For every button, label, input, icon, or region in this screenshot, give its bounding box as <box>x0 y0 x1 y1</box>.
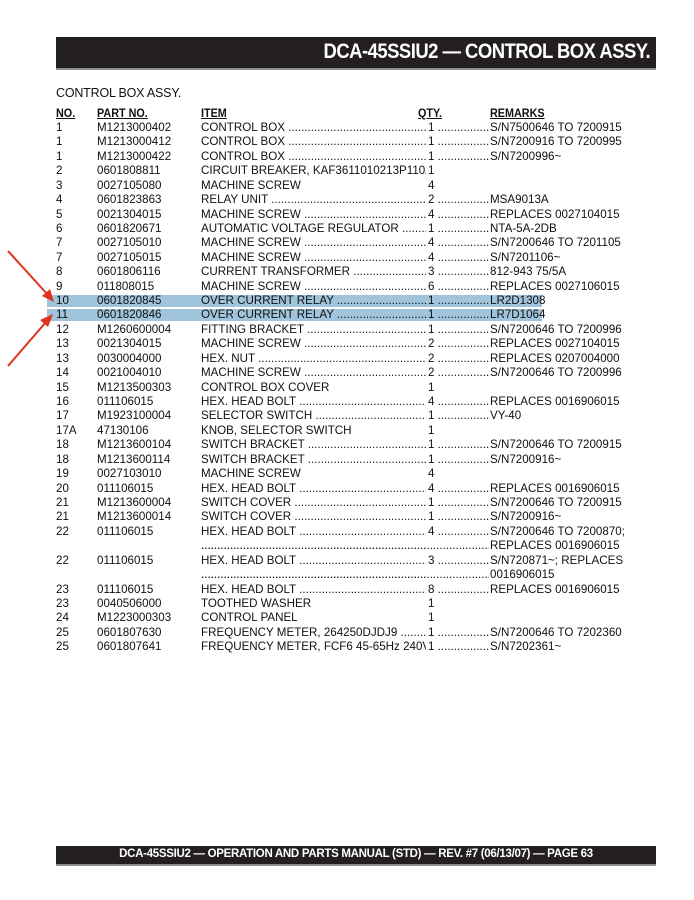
table-row: 20011106015HEX. HEAD BOLT4REPLACES 00169… <box>0 482 694 496</box>
cell-part-no: 0030004000 <box>97 352 161 366</box>
page-footer-text: DCA-45SSIU2 — OPERATION AND PARTS MANUAL… <box>56 848 656 860</box>
cell-no: 2 <box>56 164 62 178</box>
cell-item: MACHINE SCREW <box>201 236 426 250</box>
cell-qty: 1 <box>428 323 490 337</box>
table-row: 70027105010MACHINE SCREW4S/N7200646 TO 7… <box>0 236 694 250</box>
table-row: 21M1213600014SWITCH COVER1S/N7200916~ <box>0 510 694 524</box>
cell-part-no: 47130106 <box>97 424 149 438</box>
cell-qty: 4 <box>428 236 490 250</box>
cell-remarks: S/N7202361~ <box>490 640 660 654</box>
cell-qty: 4 <box>428 251 490 265</box>
cell-qty: 1 <box>428 121 490 135</box>
cell-part-no: 0601806116 <box>97 265 161 279</box>
cell-qty: 2 <box>428 352 490 366</box>
cell-item: MACHINE SCREW <box>201 208 426 222</box>
cell-item: CIRCUIT BREAKER, KAF3611010213P110A <box>201 164 426 178</box>
cell-no: 18 <box>56 438 69 452</box>
cell-no: 21 <box>56 496 69 510</box>
page-header-bar: DCA-45SSIU2 — CONTROL BOX ASSY. <box>56 37 656 68</box>
annotation-arrow-down-icon <box>0 245 60 305</box>
cell-qty <box>201 568 489 582</box>
cell-qty: 1 <box>428 424 434 438</box>
cell-part-no: 0021304015 <box>97 208 161 222</box>
cell-part-no: 0601807630 <box>97 626 161 640</box>
cell-remarks: NTA-5A-2DB <box>490 222 660 236</box>
cell-remarks: LR2D1308 <box>490 294 660 308</box>
cell-qty: 4 <box>428 482 490 496</box>
cell-remarks: S/N7200916 TO 7200995 <box>490 135 660 149</box>
table-row: 9011808015MACHINE SCREW6REPLACES 0027106… <box>0 280 694 294</box>
cell-no: 1 <box>56 150 62 164</box>
cell-no: 15 <box>56 381 69 395</box>
cell-no: 6 <box>56 222 62 236</box>
cell-qty: 6 <box>428 280 490 294</box>
cell-item: CONTROL BOX <box>201 135 426 149</box>
cell-item: FREQUENCY METER, 264250DJDJ9 <box>201 626 426 640</box>
cell-no: 5 <box>56 208 62 222</box>
cell-part-no: M1213000402 <box>97 121 171 135</box>
cell-part-no: M1213500303 <box>97 381 171 395</box>
cell-part-no: 011106015 <box>97 482 153 496</box>
cell-qty: 1 <box>428 294 490 308</box>
cell-item: SWITCH COVER <box>201 510 426 524</box>
cell-part-no: 011106015 <box>97 554 153 568</box>
cell-item: CONTROL BOX <box>201 150 426 164</box>
cell-part-no: M1213000412 <box>97 135 171 149</box>
table-row: REPLACES 0016906015 <box>0 539 694 553</box>
cell-part-no: 0601823863 <box>97 193 161 207</box>
table-row: 190027103010MACHINE SCREW4 <box>0 467 694 481</box>
cell-item: MACHINE SCREW <box>201 280 426 294</box>
column-header-qty: QTY. <box>418 106 442 120</box>
cell-remarks: 0016906015 <box>490 568 660 582</box>
cell-part-no: 011106015 <box>97 525 153 539</box>
cell-qty: 1 <box>428 438 490 452</box>
table-row: 140021004010MACHINE SCREW2S/N7200646 TO … <box>0 366 694 380</box>
table-row: 16011106015HEX. HEAD BOLT4REPLACES 00169… <box>0 395 694 409</box>
cell-part-no: 0027105080 <box>97 179 161 193</box>
parts-table-body: 1M1213000402CONTROL BOX1S/N7500646 TO 72… <box>0 121 694 655</box>
cell-item: SWITCH BRACKET <box>201 438 426 452</box>
table-row: 70027105015MACHINE SCREW4S/N7201106~ <box>0 251 694 265</box>
cell-item: MACHINE SCREW <box>201 467 426 481</box>
annotation-arrow-up-icon <box>0 310 60 370</box>
cell-part-no: M1213600114 <box>97 453 170 467</box>
cell-qty: 1 <box>428 222 490 236</box>
cell-item: CONTROL BOX COVER <box>201 381 426 395</box>
cell-no: 22 <box>56 525 69 539</box>
cell-qty: 1 <box>428 453 490 467</box>
cell-no: 16 <box>56 395 69 409</box>
cell-part-no: 0027103010 <box>97 467 161 481</box>
cell-remarks: REPLACES 0016906015 <box>490 395 660 409</box>
column-header-part-no: PART NO. <box>97 106 148 120</box>
cell-item: OVER CURRENT RELAY <box>201 308 426 322</box>
cell-part-no: M1213600004 <box>97 496 171 510</box>
cell-remarks: S/N7200996~ <box>490 150 660 164</box>
cell-remarks: REPLACES 0016906015 <box>490 482 660 496</box>
cell-item: HEX. HEAD BOLT <box>201 482 426 496</box>
cell-part-no: 0601820671 <box>97 222 161 236</box>
cell-item: HEX. HEAD BOLT <box>201 395 426 409</box>
cell-no: 20 <box>56 482 69 496</box>
cell-part-no: 0601820846 <box>97 308 161 322</box>
cell-item: FITTING BRACKET <box>201 323 426 337</box>
table-row: 130021304015MACHINE SCREW2REPLACES 00271… <box>0 337 694 351</box>
cell-item: MACHINE SCREW <box>201 337 426 351</box>
table-row: 18M1213600114SWITCH BRACKET1S/N7200916~ <box>0 453 694 467</box>
cell-part-no: 0027105015 <box>97 251 161 265</box>
cell-no: 1 <box>56 121 62 135</box>
cell-qty: 8 <box>428 583 490 597</box>
cell-remarks: REPLACES 0027104015 <box>490 337 660 351</box>
cell-no: 23 <box>56 597 69 611</box>
cell-no: 19 <box>56 467 69 481</box>
cell-qty: 4 <box>428 525 490 539</box>
cell-part-no: 011106015 <box>97 583 153 597</box>
cell-qty: 4 <box>428 208 490 222</box>
cell-item: MACHINE SCREW <box>201 251 426 265</box>
cell-qty: 3 <box>428 554 490 568</box>
cell-qty: 1 <box>428 626 490 640</box>
table-row: 60601820671AUTOMATIC VOLTAGE REGULATOR1N… <box>0 222 694 236</box>
cell-item: OVER CURRENT RELAY <box>201 294 426 308</box>
cell-qty: 4 <box>428 179 434 193</box>
cell-part-no: M1213600014 <box>97 510 171 524</box>
cell-part-no: 0021004010 <box>97 366 161 380</box>
cell-qty: 1 <box>428 640 490 654</box>
cell-remarks: S/N7200916~ <box>490 510 660 524</box>
table-row: 23011106015HEX. HEAD BOLT8REPLACES 00169… <box>0 583 694 597</box>
table-row-highlighted: 110601820846OVER CURRENT RELAY1LR7D1064 <box>0 308 694 322</box>
cell-item: FREQUENCY METER, FCF6 45-65Hz 240V <box>201 640 426 654</box>
cell-no: 18 <box>56 453 69 467</box>
table-row: 17A47130106KNOB, SELECTOR SWITCH1 <box>0 424 694 438</box>
cell-no: 17 <box>56 409 69 423</box>
table-row: 12M1260600004FITTING BRACKET1S/N7200646 … <box>0 323 694 337</box>
cell-qty: 1 <box>428 308 490 322</box>
cell-item: MACHINE SCREW <box>201 366 426 380</box>
cell-qty: 1 <box>428 164 434 178</box>
cell-part-no: 0601807641 <box>97 640 161 654</box>
cell-item: HEX. HEAD BOLT <box>201 554 426 568</box>
cell-remarks: REPLACES 0027104015 <box>490 208 660 222</box>
cell-no: 4 <box>56 193 62 207</box>
table-row: 17M1923100004SELECTOR SWITCH1VY-40 <box>0 409 694 423</box>
cell-item: HEX. HEAD BOLT <box>201 583 426 597</box>
cell-qty: 4 <box>428 467 434 481</box>
cell-qty: 1 <box>428 409 490 423</box>
table-row: 250601807630FREQUENCY METER, 264250DJDJ9… <box>0 626 694 640</box>
table-row: 20601808811CIRCUIT BREAKER, KAF361101021… <box>0 164 694 178</box>
cell-part-no: M1213000422 <box>97 150 171 164</box>
cell-remarks: S/N7200646 TO 7201105 <box>490 236 660 250</box>
cell-part-no: M1923100004 <box>97 409 171 423</box>
table-row: 230040506000TOOTHED WASHER1 <box>0 597 694 611</box>
table-row: 50021304015MACHINE SCREW4REPLACES 002710… <box>0 208 694 222</box>
cell-item: CURRENT TRANSFORMER <box>201 265 426 279</box>
cell-qty: 1 <box>428 611 434 625</box>
cell-part-no: 0601808811 <box>97 164 161 178</box>
table-row-highlighted: 100601820845OVER CURRENT RELAY1LR2D1308 <box>0 294 694 308</box>
cell-item: AUTOMATIC VOLTAGE REGULATOR <box>201 222 426 236</box>
cell-remarks: 812-943 75/5A <box>490 265 660 279</box>
cell-remarks: VY-40 <box>490 409 660 423</box>
cell-part-no: 0601820845 <box>97 294 161 308</box>
cell-item: TOOTHED WASHER <box>201 597 426 611</box>
cell-remarks: S/N7200916~ <box>490 453 660 467</box>
cell-part-no: M1223000303 <box>97 611 171 625</box>
cell-item: KNOB, SELECTOR SWITCH <box>201 424 426 438</box>
parts-table-header: NO. PART NO. ITEM QTY. REMARKS <box>56 106 656 120</box>
column-header-no: NO. <box>56 106 75 120</box>
cell-item: HEX. HEAD BOLT <box>201 525 426 539</box>
cell-remarks: LR7D1064 <box>490 308 660 322</box>
table-row: 130030004000HEX. NUT2REPLACES 0207004000 <box>0 352 694 366</box>
cell-qty <box>201 539 489 553</box>
cell-part-no: M1260600004 <box>97 323 171 337</box>
cell-part-no: 0021304015 <box>97 337 161 351</box>
cell-item: RELAY UNIT <box>201 193 426 207</box>
table-row: 250601807641FREQUENCY METER, FCF6 45-65H… <box>0 640 694 654</box>
cell-remarks: S/N7200646 TO 7202360 <box>490 626 660 640</box>
cell-remarks: REPLACES 0016906015 <box>490 583 660 597</box>
cell-qty: 2 <box>428 193 490 207</box>
cell-part-no: 011106015 <box>97 395 153 409</box>
table-row: 22011106015HEX. HEAD BOLT3S/N720871~; RE… <box>0 554 694 568</box>
cell-remarks: S/N7200646 TO 7200915 <box>490 496 660 510</box>
cell-remarks: REPLACES 0016906015 <box>490 539 660 553</box>
cell-remarks: S/N7200646 TO 7200870; <box>490 525 660 539</box>
table-row: 40601823863RELAY UNIT2MSA9013A <box>0 193 694 207</box>
cell-qty: 3 <box>428 265 490 279</box>
table-row: 30027105080MACHINE SCREW4 <box>0 179 694 193</box>
cell-item: SWITCH COVER <box>201 496 426 510</box>
cell-qty: 1 <box>428 597 434 611</box>
cell-qty: 1 <box>428 381 434 395</box>
cell-no: 21 <box>56 510 69 524</box>
cell-remarks: MSA9013A <box>490 193 660 207</box>
cell-qty: 2 <box>428 366 490 380</box>
cell-remarks: S/N7200646 TO 7200996 <box>490 366 660 380</box>
cell-remarks: S/N7201106~ <box>490 251 660 265</box>
cell-no: 23 <box>56 583 69 597</box>
cell-part-no: 011808015 <box>97 280 154 294</box>
cell-no: 1 <box>56 135 62 149</box>
cell-part-no: 0040506000 <box>97 597 161 611</box>
cell-qty: 4 <box>428 395 490 409</box>
page-footer-bar: DCA-45SSIU2 — OPERATION AND PARTS MANUAL… <box>56 846 656 864</box>
cell-remarks: REPLACES 0027106015 <box>490 280 660 294</box>
table-row: 15M1213500303CONTROL BOX COVER1 <box>0 381 694 395</box>
cell-part-no: M1213600104 <box>97 438 171 452</box>
page-title: DCA-45SSIU2 — CONTROL BOX ASSY. <box>323 40 650 64</box>
cell-remarks: S/N7200646 TO 7200915 <box>490 438 660 452</box>
cell-no: 25 <box>56 626 69 640</box>
cell-no: 17A <box>56 424 77 438</box>
column-header-remarks: REMARKS <box>490 106 545 120</box>
table-row: 22011106015HEX. HEAD BOLT4S/N7200646 TO … <box>0 525 694 539</box>
cell-item: CONTROL PANEL <box>201 611 426 625</box>
cell-item: CONTROL BOX <box>201 121 426 135</box>
section-title: CONTROL BOX ASSY. <box>56 86 181 100</box>
cell-part-no: 0027105010 <box>97 236 161 250</box>
table-row: 0016906015 <box>0 568 694 582</box>
column-header-item: ITEM <box>201 106 227 120</box>
cell-qty: 1 <box>428 135 490 149</box>
cell-no: 24 <box>56 611 69 625</box>
table-row: 1M1213000412CONTROL BOX1S/N7200916 TO 72… <box>0 135 694 149</box>
cell-remarks: S/N720871~; REPLACES <box>490 554 660 568</box>
cell-no: 25 <box>56 640 69 654</box>
table-row: 21M1213600004SWITCH COVER1S/N7200646 TO … <box>0 496 694 510</box>
table-row: 1M1213000402CONTROL BOX1S/N7500646 TO 72… <box>0 121 694 135</box>
cell-item: MACHINE SCREW <box>201 179 426 193</box>
cell-no: 3 <box>56 179 62 193</box>
cell-qty: 1 <box>428 150 490 164</box>
cell-remarks: S/N7200646 TO 7200996 <box>490 323 660 337</box>
cell-qty: 2 <box>428 337 490 351</box>
cell-item: SWITCH BRACKET <box>201 453 426 467</box>
cell-remarks: S/N7500646 TO 7200915 <box>490 121 660 135</box>
cell-item: SELECTOR SWITCH <box>201 409 426 423</box>
table-row: 80601806116CURRENT TRANSFORMER3812-943 7… <box>0 265 694 279</box>
cell-remarks: REPLACES 0207004000 <box>490 352 660 366</box>
cell-item: HEX. NUT <box>201 352 426 366</box>
cell-no: 22 <box>56 554 69 568</box>
table-row: 18M1213600104SWITCH BRACKET1S/N7200646 T… <box>0 438 694 452</box>
cell-qty: 1 <box>428 510 490 524</box>
cell-qty: 1 <box>428 496 490 510</box>
table-row: 24M1223000303CONTROL PANEL1 <box>0 611 694 625</box>
table-row: 1M1213000422CONTROL BOX1S/N7200996~ <box>0 150 694 164</box>
